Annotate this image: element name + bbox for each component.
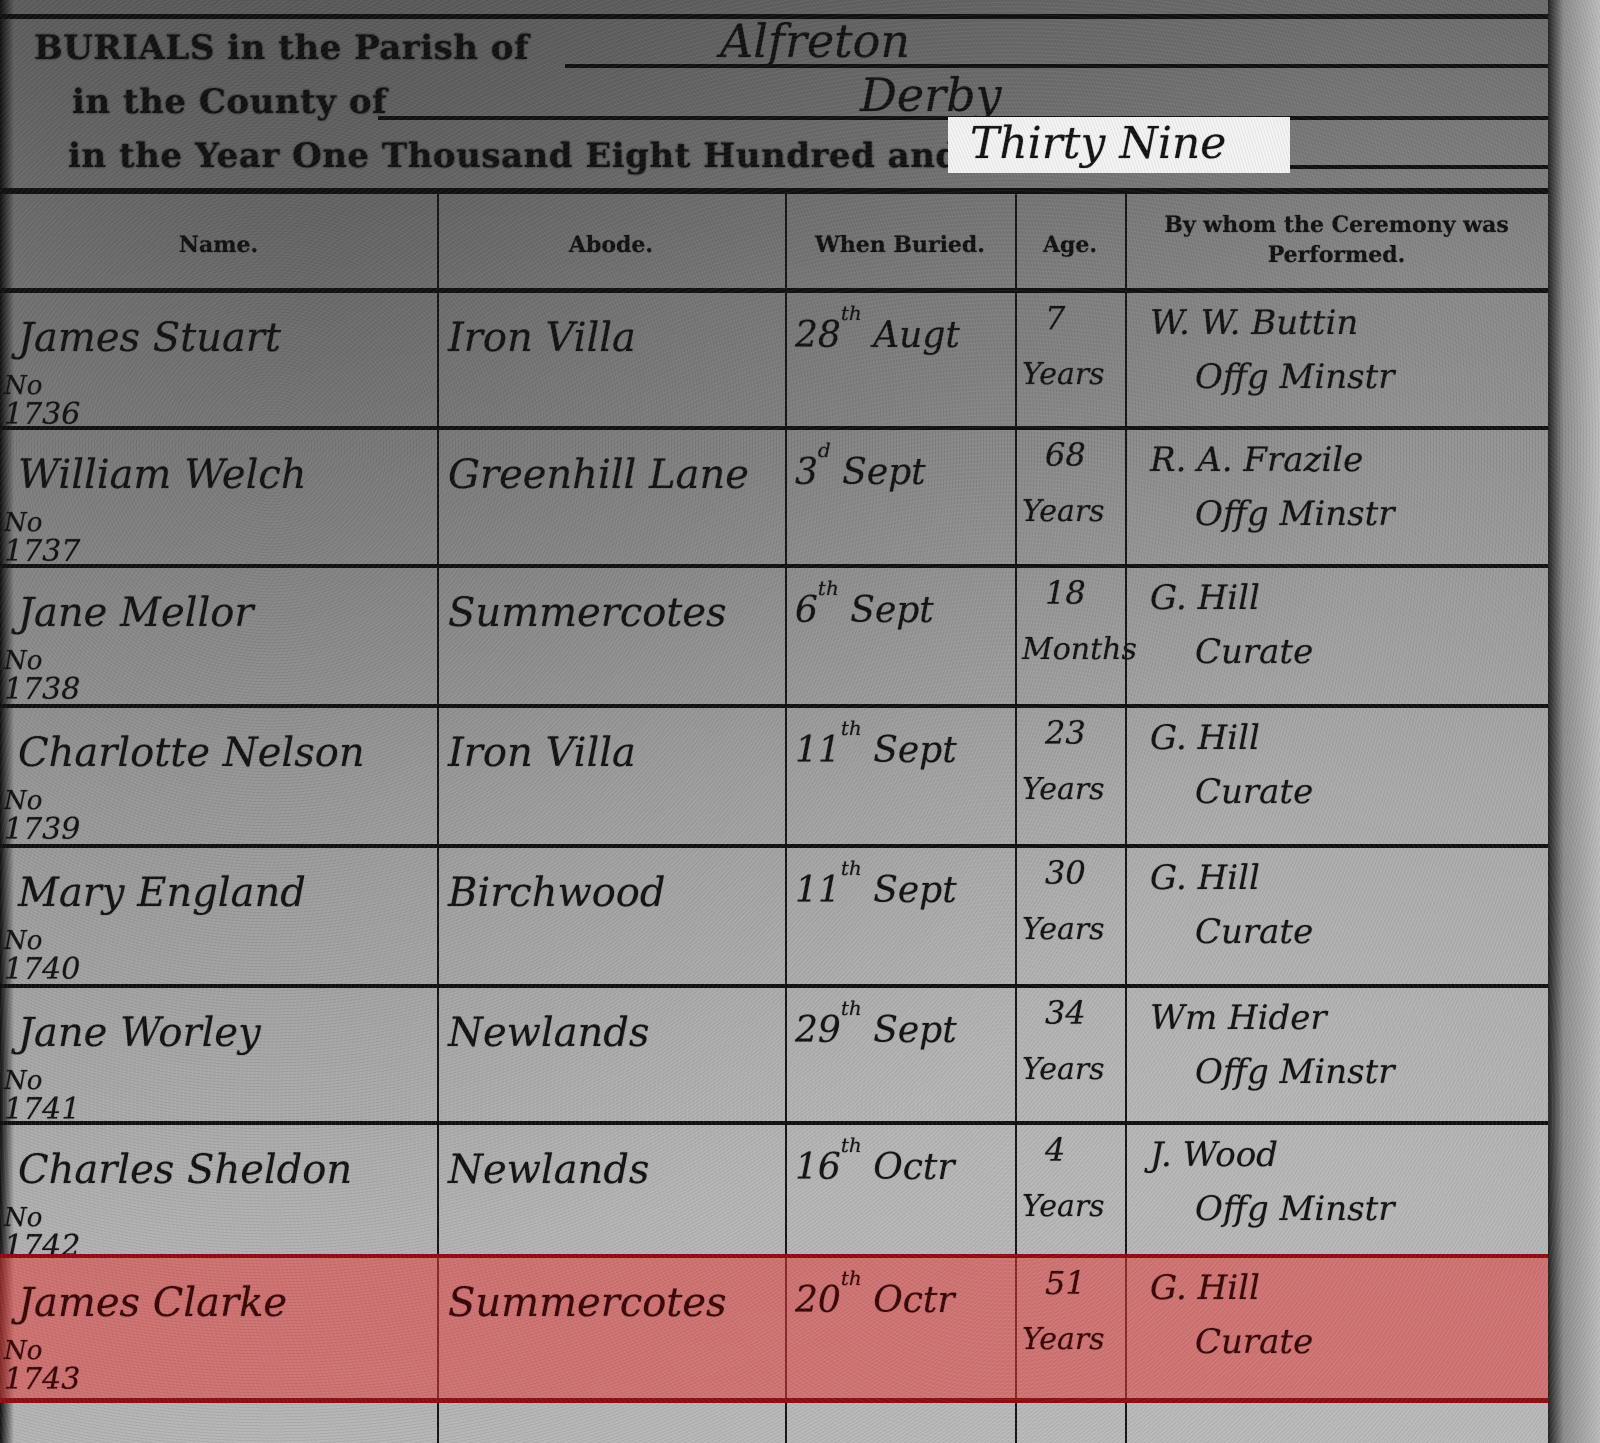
entry-age: 4	[1045, 1131, 1065, 1169]
entry-abode: Summercotes	[448, 590, 727, 636]
entry-age: 30	[1045, 854, 1086, 892]
entry-burial-day-suffix: th	[818, 576, 839, 600]
entry-burial-month: Sept	[850, 590, 933, 631]
entry-burial-day-suffix: th	[841, 716, 862, 740]
entry-abode: Newlands	[448, 1147, 649, 1193]
burial-entry-row[interactable]: James Clarke No 1743 Summercotes 20th Oc…	[0, 1258, 1548, 1398]
entry-burial-day: 16	[795, 1147, 841, 1188]
entry-burial-date: 16th Octr	[795, 1147, 955, 1188]
entry-burial-month: Sept	[873, 870, 956, 911]
parish-name: Alfreton	[720, 14, 910, 68]
entry-name: William Welch	[18, 452, 307, 498]
burial-entry-row[interactable]: William Welch No 1737 Greenhill Lane 3d …	[0, 430, 1548, 566]
header-parish-label: BURIALS in the Parish of	[34, 28, 529, 68]
entry-burial-date: 29th Sept	[795, 1010, 957, 1051]
entry-burial-date: 11th Sept	[795, 870, 957, 911]
header-divider	[0, 188, 1548, 194]
entry-burial-month: Augt	[873, 315, 960, 356]
entry-burial-day-suffix: th	[841, 301, 862, 325]
column-header-age: Age.	[1015, 230, 1125, 260]
entry-age: 7	[1045, 299, 1065, 337]
entry-age: 51	[1045, 1264, 1086, 1302]
entry-officiant-title: Offg Minstr	[1195, 1052, 1394, 1092]
entry-age-unit: Months	[1022, 632, 1137, 667]
register-page: BURIALS in the Parish of Alfreton in the…	[0, 0, 1600, 1443]
entry-number: 1738	[4, 672, 80, 707]
entry-name: James Stuart	[18, 315, 281, 361]
entry-officiant-title: Curate	[1195, 632, 1313, 672]
entry-burial-month: Sept	[842, 452, 925, 493]
entry-officiant: Wm Hider	[1150, 998, 1327, 1038]
entry-officiant-title: Offg Minstr	[1195, 1189, 1394, 1229]
burial-entry-row[interactable]: James Stuart No 1736 Iron Villa 28th Aug…	[0, 293, 1548, 428]
entry-officiant: R. A. Frazile	[1150, 440, 1363, 480]
entry-burial-day: 11	[795, 870, 841, 911]
entry-burial-day: 29	[795, 1010, 841, 1051]
burial-entry-row[interactable]: Jane Mellor No 1738 Summercotes 6th Sept…	[0, 568, 1548, 706]
entry-officiant-title: Curate	[1195, 1322, 1313, 1362]
entry-age-unit: Years	[1022, 912, 1105, 947]
column-header-ceremony-line1: By whom the Ceremony was	[1125, 210, 1548, 240]
entry-burial-day: 3	[795, 452, 818, 493]
burial-entry-row[interactable]: Jane Worley No 1741 Newlands 29th Sept 3…	[0, 988, 1548, 1123]
county-name: Derby	[860, 68, 1002, 122]
entry-officiant-title: Offg Minstr	[1195, 357, 1394, 397]
entry-number: 1739	[4, 812, 80, 847]
entry-officiant: J. Wood	[1150, 1135, 1278, 1175]
entry-name: Charlotte Nelson	[18, 730, 365, 776]
entry-number: 1743	[4, 1362, 80, 1397]
entry-burial-date: 20th Octr	[795, 1280, 955, 1321]
entry-age-unit: Years	[1022, 494, 1105, 529]
entry-name: Jane Mellor	[18, 590, 253, 636]
entry-burial-month: Sept	[873, 730, 956, 771]
year-fill-line	[1290, 165, 1548, 169]
entry-number: 1740	[4, 952, 80, 987]
entry-officiant: G. Hill	[1150, 1268, 1260, 1308]
entry-officiant: G. Hill	[1150, 858, 1260, 898]
entry-name: Jane Worley	[18, 1010, 261, 1056]
entry-age: 18	[1045, 574, 1086, 612]
entry-abode: Iron Villa	[448, 315, 636, 361]
entry-abode: Iron Villa	[448, 730, 636, 776]
entry-burial-day: 11	[795, 730, 841, 771]
column-header-when-buried: When Buried.	[785, 230, 1015, 260]
entry-abode: Greenhill Lane	[448, 452, 749, 498]
entry-officiant-title: Curate	[1195, 912, 1313, 952]
entry-burial-day-suffix: th	[841, 996, 862, 1020]
entry-name: Charles Sheldon	[18, 1147, 352, 1193]
entry-burial-date: 11th Sept	[795, 730, 957, 771]
entry-burial-day-suffix: th	[841, 856, 862, 880]
entry-officiant: G. Hill	[1150, 718, 1260, 758]
entry-abode: Summercotes	[448, 1280, 727, 1326]
column-header-name: Name.	[0, 230, 437, 260]
burial-entry-row[interactable]: Mary England No 1740 Birchwood 11th Sept…	[0, 848, 1548, 986]
entry-age: 68	[1045, 436, 1086, 474]
column-header-ceremony-line2: Performed.	[1125, 240, 1548, 270]
entry-officiant: G. Hill	[1150, 578, 1260, 618]
year-words: Thirty Nine	[970, 118, 1226, 169]
entry-officiant: W. W. Buttin	[1150, 303, 1358, 343]
entry-age-unit: Years	[1022, 1052, 1105, 1087]
burial-entry-row[interactable]: Charles Sheldon No 1742 Newlands 16th Oc…	[0, 1125, 1548, 1256]
entry-burial-day: 6	[795, 590, 818, 631]
entry-age-unit: Years	[1022, 1322, 1105, 1357]
burial-entry-row[interactable]: Charlotte Nelson No 1739 Iron Villa 11th…	[0, 708, 1548, 846]
entry-abode: Newlands	[448, 1010, 649, 1056]
highlight-bottom-rule	[0, 1398, 1548, 1403]
entry-burial-day: 20	[795, 1280, 841, 1321]
column-header-ceremony: By whom the Ceremony was Performed.	[1125, 210, 1548, 270]
entry-officiant-title: Curate	[1195, 772, 1313, 812]
entry-burial-day: 28	[795, 315, 841, 356]
entry-burial-day-suffix: th	[841, 1266, 862, 1290]
entry-burial-day-suffix: d	[818, 438, 831, 462]
entry-burial-date: 3d Sept	[795, 452, 926, 493]
column-header-abode: Abode.	[437, 230, 785, 260]
entry-age: 23	[1045, 714, 1086, 752]
page-right-edge	[1548, 0, 1600, 1443]
entry-burial-date: 6th Sept	[795, 590, 934, 631]
entry-name: James Clarke	[18, 1280, 287, 1326]
header-year-label: in the Year One Thousand Eight Hundred a…	[68, 136, 960, 176]
entry-burial-day-suffix: th	[841, 1133, 862, 1157]
entry-age-unit: Years	[1022, 357, 1105, 392]
parish-fill-line	[565, 64, 1548, 68]
entry-burial-month: Octr	[873, 1280, 954, 1321]
entry-age-unit: Years	[1022, 772, 1105, 807]
entry-abode: Birchwood	[448, 870, 665, 916]
entry-burial-month: Sept	[873, 1010, 956, 1051]
entry-burial-month: Octr	[873, 1147, 954, 1188]
entry-burial-date: 28th Augt	[795, 315, 960, 356]
entry-name: Mary England	[18, 870, 306, 916]
entry-age: 34	[1045, 994, 1086, 1032]
entry-officiant-title: Offg Minstr	[1195, 494, 1394, 534]
header-county-label: in the County of	[72, 82, 387, 122]
entry-age-unit: Years	[1022, 1189, 1105, 1224]
